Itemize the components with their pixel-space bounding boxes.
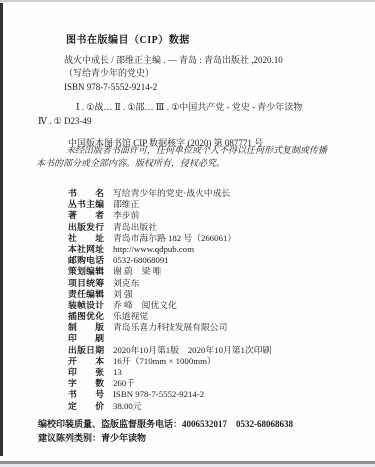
colophon-row: 项目统筹 刘克东: [68, 276, 369, 287]
colophon-row: 印 张 13: [68, 365, 369, 376]
page-edge-left: [0, 3, 3, 456]
colophon-row: 书 名 写给青少年的党史·战火中成长: [68, 186, 369, 197]
colophon-row: 邮购电话 0532-68068091: [68, 253, 369, 264]
cip-title-line: 战火中成长 / 邵维正主编 . — 青岛 : 青岛出版社 ,2020.10: [64, 54, 361, 68]
colophon-value: 38.00元: [113, 399, 142, 412]
cip-header: 图书在版编目（CIP）数据: [66, 34, 361, 48]
service-phone-line: 编校印装质量、盗版监督服务电话：4006532017 0532-68068638: [38, 418, 365, 432]
colophon-row: 策划编辑 谢 蔚 梁 唯: [68, 264, 369, 275]
copyright-notice-line-2: 本书的部分或全部内容。版权所有，侵权必究。: [36, 157, 357, 170]
colophon-value: http://www.qdpub.com: [113, 244, 194, 254]
colophon-row: 定 价 38.00元: [68, 399, 369, 410]
colophon-value: 青岛乐喜力科技发展有限公司: [113, 320, 227, 333]
colophon-row: 装帧设计 乔 峰 阅优文化: [68, 298, 369, 309]
colophon-row: 插图优化 乐道视觉: [68, 309, 369, 320]
colophon-row: 出版日期 2020年10月第1版 2020年10月第1次印刷: [68, 343, 369, 354]
colophon: 书 名 写给青少年的党史·战火中成长 丛书主编 邵维正 著 者 李步前 出版发行…: [68, 186, 369, 410]
cip-classification-line-2: Ⅳ . ① D23-49: [38, 115, 361, 129]
cip-data-block: 图书在版编目（CIP）数据 战火中成长 / 邵维正主编 . — 青岛 : 青岛出…: [64, 34, 361, 151]
colophon-row: 出版发行 青岛出版社: [68, 220, 369, 231]
footer-block: 编校印装质量、盗版监督服务电话：4006532017 0532-68068638…: [38, 418, 365, 445]
colophon-row: 社 址 青岛市海尔路 182 号（266061）: [68, 231, 369, 242]
colophon-value: 16开（710mm × 1000mm）: [113, 354, 216, 367]
colophon-row: 制 版 青岛乐喜力科技发展有限公司: [68, 320, 369, 331]
copyright-notice: 未经出版者书面许可，任何单位或个人不得以任何形式复制或传播 本书的部分或全部内容…: [36, 144, 357, 170]
book-copyright-page: 图书在版编目（CIP）数据 战火中成长 / 邵维正主编 . — 青岛 : 青岛出…: [0, 0, 375, 467]
colophon-row: 著 者 李步前: [68, 208, 369, 219]
colophon-row: 书 号 ISBN 978-7-5552-9214-2: [68, 387, 369, 398]
cip-series-line: （写给青少年的党史）: [64, 67, 361, 81]
colophon-label: 定 价: [68, 399, 104, 412]
cip-classification-line-1: Ⅰ . ①战… Ⅱ . ①邵… Ⅲ . ①中国共产党 - 党史 - 青少年读物: [76, 101, 361, 115]
shelf-category-line: 建议陈列类别：青少年读物: [38, 432, 365, 446]
page-edge-top: [0, 0, 375, 2]
colophon-value: 260千: [113, 376, 135, 389]
colophon-row: 责任编辑 刘 强: [68, 287, 369, 298]
cip-isbn-line: ISBN 978-7-5552-9214-2: [64, 81, 361, 95]
colophon-value: 青岛市海尔路 182 号（266061）: [113, 231, 236, 244]
copyright-notice-line-1: 未经出版者书面许可，任何单位或个人不得以任何形式复制或传播: [36, 144, 357, 157]
colophon-row: 字 数 260千: [68, 376, 369, 387]
